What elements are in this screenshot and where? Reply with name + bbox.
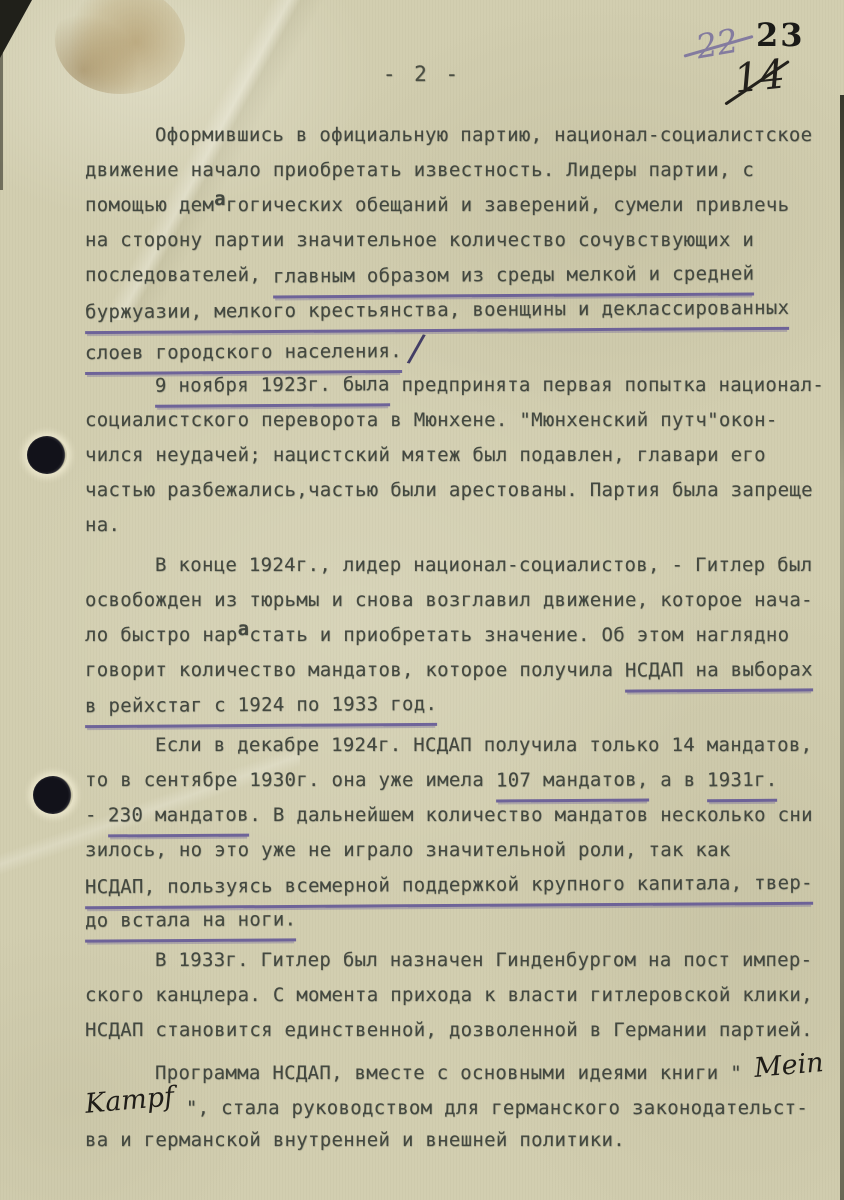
text-segment: освобожден из тюрьмы и снова возглавил д… <box>85 589 813 611</box>
text-line: 9 ноября 1923г. была предпринята первая … <box>85 368 838 403</box>
text-segment: последователей, <box>85 264 273 286</box>
text-segment: предпринята первая попытка национал- <box>390 374 824 396</box>
text-line: то в сентябре 1930г. она уже имела 107 м… <box>85 763 838 798</box>
text-segment: в рейхстаг с 1924 по 1933 год. <box>85 687 437 728</box>
paragraph: Если в декабре 1924г. НСДАП получила тол… <box>85 728 838 938</box>
text-segment: чился неудачей; нацистский мятеж был под… <box>85 444 766 466</box>
text-segment: то в сентябре 1930г. она уже имела <box>85 769 496 791</box>
text-line: ского канцлера. С момента прихода к влас… <box>85 978 838 1013</box>
text-segment: В конце 1924г., лидер национал-социалист… <box>155 554 812 576</box>
text-segment: гогических обещаний и заверений, сумели … <box>226 194 789 216</box>
text-segment: помощью дем <box>85 194 214 216</box>
text-segment: а <box>214 188 226 210</box>
text-segment: В 1933г. Гитлер был назначен Гинденбурго… <box>155 949 812 971</box>
text-segment: - <box>85 804 108 826</box>
text-segment: ", стала руководством для германского за… <box>174 1097 808 1119</box>
text-segment: ло быстро нар <box>85 624 238 646</box>
text-segment: социалистского переворота в Мюнхене. "Мю… <box>85 409 778 431</box>
torn-corner <box>0 0 32 58</box>
text-line: говорит количество мандатов, которое пол… <box>85 653 838 688</box>
text-segment: НСДАП на выборах <box>625 652 813 692</box>
text-segment: буржуазии, мелкого крестьянства, военщин… <box>85 291 790 334</box>
text-segment: на. <box>85 514 120 536</box>
paragraph: В 1933г. Гитлер был назначен Гинденбурго… <box>85 943 838 1048</box>
text-line: движение начало приобретать известность.… <box>85 153 838 188</box>
page-header-number: - 2 - <box>0 62 844 86</box>
text-line: В 1933г. Гитлер был назначен Гинденбурго… <box>85 943 838 978</box>
scan-edge-shadow-right <box>840 95 844 1200</box>
paragraph: В конце 1924г., лидер национал-социалист… <box>85 548 838 723</box>
text-segment: . В дальнейшем количество мандатов неско… <box>249 804 812 826</box>
page-number-stamp: 23 <box>756 16 805 54</box>
text-line: до встала на ноги. <box>85 903 838 938</box>
text-segment: 1931г. <box>707 763 778 802</box>
text-segment: 107 мандатов, <box>496 763 649 803</box>
text-line: социалистского переворота в Мюнхене. "Мю… <box>85 403 838 438</box>
text-segment: движение начало приобретать известность.… <box>85 159 754 181</box>
document-body: Оформившись в официальную партию, национ… <box>85 118 838 1163</box>
text-line: последователей, главным образом из среды… <box>85 258 838 293</box>
handwritten-insert: Mein <box>752 1045 824 1086</box>
text-line: буржуазии, мелкого крестьянства, военщин… <box>85 293 838 328</box>
handwritten-insert: Kampf <box>84 1079 176 1122</box>
text-segment: 230 мандатов <box>108 798 249 838</box>
paragraph: Оформившись в официальную партию, национ… <box>85 118 838 363</box>
text-segment: говорит количество мандатов, которое пол… <box>85 659 625 681</box>
text-line: Если в декабре 1924г. НСДАП получила тол… <box>85 728 838 763</box>
text-line: Оформившись в официальную партию, национ… <box>85 118 838 153</box>
text-segment: частью разбежались,частью были арестован… <box>85 479 813 501</box>
text-line: на сторону партии значительное количеств… <box>85 223 838 258</box>
pen-checkmark: / <box>406 330 426 367</box>
text-segment: Программа НСДАП, вместе с основными идея… <box>155 1062 754 1084</box>
text-segment: ва и германской внутренней и внешней пол… <box>85 1129 625 1151</box>
text-line: освобожден из тюрьмы и снова возглавил д… <box>85 583 838 618</box>
text-segment: до встала на ноги. <box>85 902 297 942</box>
paragraph: Программа НСДАП, вместе с основными идея… <box>85 1053 838 1158</box>
text-line: Kampf ", стала руководством для германск… <box>85 1088 838 1123</box>
text-segment: на сторону партии значительное количеств… <box>85 229 754 251</box>
paragraph: 9 ноября 1923г. была предпринята первая … <box>85 368 838 543</box>
text-line: НСДАП, пользуясь всемерной поддержкой кр… <box>85 868 838 903</box>
text-line: - 230 мандатов. В дальнейшем количество … <box>85 798 838 833</box>
text-segment: а <box>238 618 250 640</box>
text-line: частью разбежались,частью были арестован… <box>85 473 838 508</box>
text-segment: зилось, но это уже не играло значительно… <box>85 839 731 861</box>
hole-punch-top <box>27 436 67 474</box>
text-line: помощью демагогических обещаний и завере… <box>85 188 838 223</box>
text-line: зилось, но это уже не играло значительно… <box>85 833 838 868</box>
text-line: ло быстро нарастать и приобретать значен… <box>85 618 838 653</box>
text-segment: Если в декабре 1924г. НСДАП получила тол… <box>155 734 812 756</box>
text-segment: НСДАП становится единственной, дозволенн… <box>85 1019 813 1041</box>
document-page: 22 23 14 - 2 - Оформившись в официальную… <box>0 0 844 1200</box>
text-line: ва и германской внутренней и внешней пол… <box>85 1123 838 1158</box>
text-line: Программа НСДАП, вместе с основными идея… <box>85 1053 838 1088</box>
text-segment: 9 ноября 1923г. была <box>155 367 390 407</box>
text-segment: ского канцлера. С момента прихода к влас… <box>85 984 813 1006</box>
text-line: в рейхстаг с 1924 по 1933 год. <box>85 688 838 723</box>
text-line: НСДАП становится единственной, дозволенн… <box>85 1013 838 1048</box>
text-line: чился неудачей; нацистский мятеж был под… <box>85 438 838 473</box>
text-segment: а в <box>648 769 707 791</box>
text-line: В конце 1924г., лидер национал-социалист… <box>85 548 838 583</box>
text-line: на. <box>85 508 838 543</box>
text-segment: Оформившись в официальную партию, национ… <box>155 124 812 146</box>
hole-punch-bottom <box>33 776 73 814</box>
text-segment: стать и приобретать значение. Об этом на… <box>249 624 789 646</box>
